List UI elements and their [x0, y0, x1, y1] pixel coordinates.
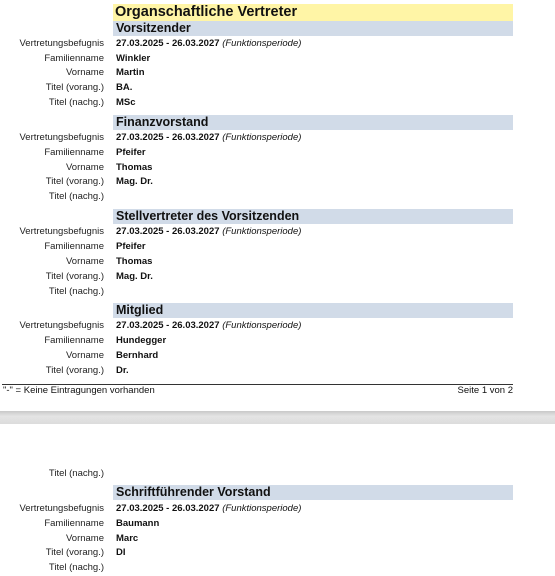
value: 27.03.2025 - 26.03.2027 (Funktionsperiod… [116, 130, 301, 145]
section-heading: Schriftführender Vorstand [113, 485, 513, 500]
label: Titel (vorang.) [46, 363, 104, 378]
row-vorname: Vorname Thomas [0, 254, 555, 269]
value: Mag. Dr. [116, 269, 153, 284]
row-familienname: Familienname Baumann [0, 516, 555, 531]
row-titel-nachg: Titel (nachg.) [0, 284, 555, 299]
row-vorname: Vorname Bernhard [0, 348, 555, 363]
value: Hundegger [116, 333, 166, 348]
value: Dr. [116, 363, 129, 378]
value: BA. [116, 80, 132, 95]
label: Titel (nachg.) [49, 284, 104, 299]
pdf-page-2: Titel (nachg.) Schriftführender Vorstand… [0, 424, 555, 576]
label: Titel (nachg.) [49, 466, 104, 481]
row-familienname: Familienname Winkler [0, 51, 555, 66]
row-titel-vorang: Titel (vorang.) Mag. Dr. [0, 174, 555, 189]
page-separator [0, 411, 555, 424]
row-vorname: Vorname Thomas [0, 160, 555, 175]
section-heading: Mitglied [113, 303, 513, 318]
row-vorname: Vorname Marc [0, 531, 555, 546]
value: Baumann [116, 516, 159, 531]
document-title: Organschaftliche Vertreter [113, 4, 513, 21]
row-titel-vorang: Titel (vorang.) BA. [0, 80, 555, 95]
value: Winkler [116, 51, 150, 66]
label: Titel (vorang.) [46, 269, 104, 284]
value: Marc [116, 531, 138, 546]
label: Titel (vorang.) [46, 174, 104, 189]
row-titel-nachg: Titel (nachg.) [0, 466, 555, 481]
row-vorname: Vorname Martin [0, 65, 555, 80]
label: Vertretungsbefugnis [19, 501, 104, 516]
row-titel-vorang: Titel (vorang.) DI [0, 545, 555, 560]
label: Vorname [66, 65, 104, 80]
footer-page-info: Seite 1 von 2 [458, 385, 513, 397]
value: DI [116, 545, 126, 560]
row-familienname: Familienname Pfeifer [0, 239, 555, 254]
label: Vorname [66, 348, 104, 363]
label: Titel (vorang.) [46, 545, 104, 560]
label: Vorname [66, 531, 104, 546]
row-vertretungsbefugnis: Vertretungsbefugnis 27.03.2025 - 26.03.2… [0, 36, 555, 51]
label: Vorname [66, 254, 104, 269]
row-vertretungsbefugnis: Vertretungsbefugnis 27.03.2025 - 26.03.2… [0, 224, 555, 239]
value: Mag. Dr. [116, 174, 153, 189]
label: Vertretungsbefugnis [19, 130, 104, 145]
value: Pfeifer [116, 239, 146, 254]
row-titel-vorang: Titel (vorang.) Mag. Dr. [0, 269, 555, 284]
label: Familienname [44, 239, 104, 254]
value: MSc [116, 95, 136, 110]
value: Thomas [116, 160, 152, 175]
pdf-page-1: Organschaftliche Vertreter Vorsitzender … [0, 0, 555, 411]
label: Vertretungsbefugnis [19, 36, 104, 51]
row-titel-nachg: Titel (nachg.) [0, 560, 555, 575]
value: Thomas [116, 254, 152, 269]
value: 27.03.2025 - 26.03.2027 (Funktionsperiod… [116, 36, 301, 51]
label: Vorname [66, 160, 104, 175]
row-vertretungsbefugnis: Vertretungsbefugnis 27.03.2025 - 26.03.2… [0, 501, 555, 516]
label: Titel (vorang.) [46, 80, 104, 95]
row-vertretungsbefugnis: Vertretungsbefugnis 27.03.2025 - 26.03.2… [0, 318, 555, 333]
value: 27.03.2025 - 26.03.2027 (Funktionsperiod… [116, 224, 301, 239]
value: Martin [116, 65, 145, 80]
label: Familienname [44, 333, 104, 348]
label: Titel (nachg.) [49, 95, 104, 110]
row-titel-nachg: Titel (nachg.) MSc [0, 95, 555, 110]
label: Familienname [44, 51, 104, 66]
row-familienname: Familienname Pfeifer [0, 145, 555, 160]
section-heading: Stellvertreter des Vorsitzenden [113, 209, 513, 224]
footer-legend: "-" = Keine Eintragungen vorhanden [3, 385, 155, 397]
label: Titel (nachg.) [49, 189, 104, 204]
value: 27.03.2025 - 26.03.2027 (Funktionsperiod… [116, 501, 301, 516]
row-titel-nachg: Titel (nachg.) [0, 189, 555, 204]
section-heading: Finanzvorstand [113, 115, 513, 130]
label: Familienname [44, 145, 104, 160]
row-familienname: Familienname Hundegger [0, 333, 555, 348]
value: 27.03.2025 - 26.03.2027 (Funktionsperiod… [116, 318, 301, 333]
row-vertretungsbefugnis: Vertretungsbefugnis 27.03.2025 - 26.03.2… [0, 130, 555, 145]
label: Familienname [44, 516, 104, 531]
label: Titel (nachg.) [49, 560, 104, 575]
label: Vertretungsbefugnis [19, 318, 104, 333]
value: Pfeifer [116, 145, 146, 160]
value: Bernhard [116, 348, 158, 363]
section-heading: Vorsitzender [113, 21, 513, 36]
label: Vertretungsbefugnis [19, 224, 104, 239]
row-titel-vorang: Titel (vorang.) Dr. [0, 363, 555, 378]
